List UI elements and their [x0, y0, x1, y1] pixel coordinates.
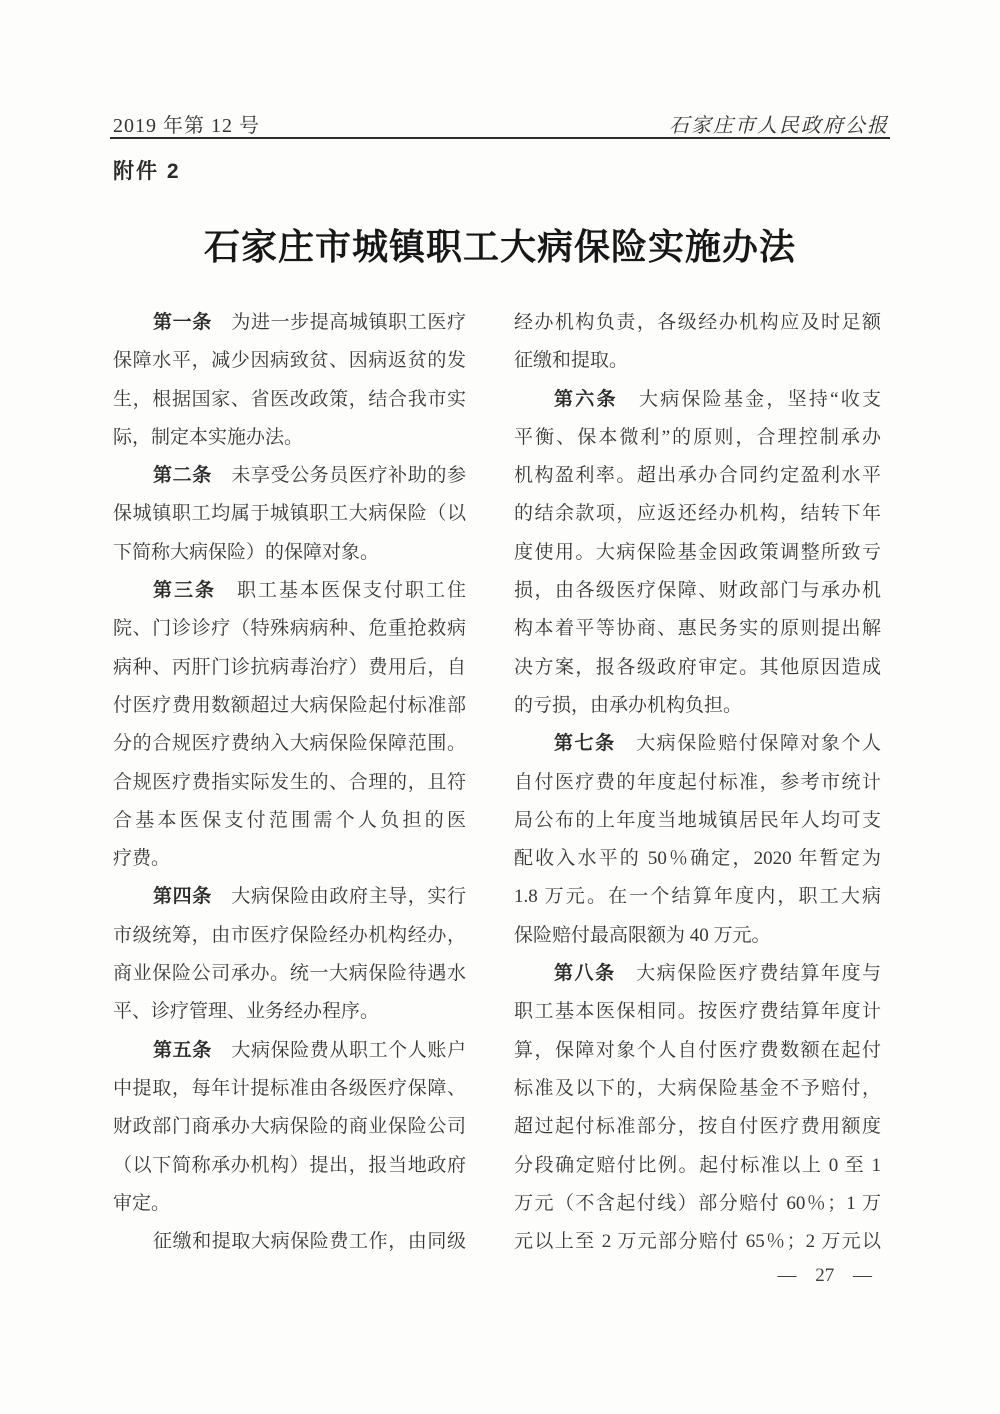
text-line: 第二条 未享受公务员医疗补助的参	[113, 457, 466, 495]
text-line: 合基本医保支付范围需个人负担的医	[113, 802, 466, 840]
text-line: 财政部门商承办大病保险的商业保险公司	[113, 1108, 466, 1146]
text-line: 商业保险公司承办。统一大病保险待遇水	[113, 955, 466, 993]
article-number: 第四条	[153, 886, 212, 907]
line-text: 合基本医保支付范围需个人负担的医	[113, 810, 466, 831]
page-header: 2019 年第 12 号 石家庄市人民政府公报	[113, 109, 889, 138]
line-text: 大病保险赔付保障对象个人	[616, 733, 881, 754]
text-line: 的亏损，由承办机构负担。	[514, 687, 881, 725]
line-text: 生，根据国家、省医改政策，结合我市实	[113, 389, 466, 410]
text-line: 第六条 大病保险基金，坚持“收支	[514, 381, 881, 419]
text-line: 分段确定赔付比例。起付标准以上 0 至 1	[514, 1147, 881, 1185]
text-line: 病种、丙肝门诊抗病毒治疗）费用后，自	[113, 649, 466, 687]
line-text: 财政部门商承办大病保险的商业保险公司	[113, 1116, 466, 1137]
text-line: 第三条 职工基本医保支付职工住	[113, 572, 466, 610]
text-line: 第五条 大病保险费从职工个人账户	[113, 1032, 466, 1070]
gazette-page: 2019 年第 12 号 石家庄市人民政府公报 附件 2 石家庄市城镇职工大病保…	[0, 0, 1000, 1414]
line-text: 大病保险由政府主导，实行	[212, 886, 466, 907]
text-line: 付医疗费用数额超过大病保险起付标准部	[113, 687, 466, 725]
article-number: 第一条	[153, 312, 212, 333]
text-line: 生，根据国家、省医改政策，结合我市实	[113, 381, 466, 419]
line-text: 职工基本医保相同。按医疗费结算年度计	[514, 1001, 881, 1022]
issue-number: 2019 年第 12 号	[113, 109, 260, 138]
header-divider	[110, 137, 890, 139]
text-line: 决方案，报各级政府审定。其他原因造成	[514, 649, 881, 687]
text-line: 自付医疗费的年度起付标准，参考市统计	[514, 764, 881, 802]
article-number: 第六条	[554, 389, 618, 410]
line-text: 经办机构负责，各级经办机构应及时足额	[514, 312, 881, 333]
text-line: 度使用。大病保险基金因政策调整所致亏	[514, 534, 881, 572]
text-line: 征缴和提取大病保险费工作，由同级	[113, 1223, 466, 1261]
line-text: 下简称大病保险）的保障对象。	[113, 542, 379, 563]
text-line: 职工基本医保相同。按医疗费结算年度计	[514, 993, 881, 1031]
line-text: 局公布的上年度当地城镇居民年人均可支	[514, 810, 881, 831]
text-line: 疗费。	[113, 840, 466, 878]
line-text: 平、诊疗管理、业务经办程序。	[113, 1001, 379, 1022]
text-line: （以下简称承办机构）提出，报当地政府	[113, 1147, 466, 1185]
text-line: 保险赔付最高限额为 40 万元。	[514, 917, 881, 955]
line-text: 院、门诊诊疗（特殊病病种、危重抢救病	[113, 618, 466, 639]
line-text: 分的合规医疗费纳入大病保险保障范围。	[113, 733, 466, 754]
page-number: — 27 —	[778, 1265, 873, 1287]
line-text: 际，制定本实施办法。	[113, 427, 303, 448]
text-line: 平、诊疗管理、业务经办程序。	[113, 993, 466, 1031]
article-number: 第八条	[554, 963, 616, 984]
text-line: 合规医疗费指实际发生的、合理的，且符	[113, 764, 466, 802]
line-text: 大病保险基金，坚持“收支	[618, 389, 881, 410]
line-text: 元以上至 2 万元部分赔付 65％；2 万元以	[514, 1231, 881, 1252]
text-line: 中提取，每年计提标准由各级医疗保障、	[113, 1070, 466, 1108]
text-line: 超过起付标准部分，按自付医疗费用额度	[514, 1108, 881, 1146]
line-text: 自付医疗费的年度起付标准，参考市统计	[514, 772, 881, 793]
text-line: 标准及以下的，大病保险基金不予赔付，	[514, 1070, 881, 1108]
line-text: 为进一步提高城镇职工医疗	[212, 312, 466, 333]
column-right: 经办机构负责，各级经办机构应及时足额征缴和提取。第六条 大病保险基金，坚持“收支…	[514, 304, 881, 1261]
article-number: 第五条	[153, 1040, 212, 1061]
text-line: 1.8 万元。在一个结算年度内，职工大病	[514, 878, 881, 916]
line-text: 保障水平，减少因病致贫、因病返贫的发	[113, 350, 466, 371]
line-text: 万元（不含起付线）部分赔付 60％；1 万	[514, 1193, 881, 1214]
line-text: 分段确定赔付比例。起付标准以上 0 至 1	[514, 1155, 881, 1176]
text-line: 经办机构负责，各级经办机构应及时足额	[514, 304, 881, 342]
text-line: 算，保障对象个人自付医疗费数额在起付	[514, 1032, 881, 1070]
column-left: 第一条 为进一步提高城镇职工医疗保障水平，减少因病致贫、因病返贫的发生，根据国家…	[113, 304, 466, 1261]
text-line: 第八条 大病保险医疗费结算年度与	[514, 955, 881, 993]
line-text: 职工基本医保支付职工住	[216, 580, 466, 601]
line-text: 的结余款项，应返还经办机构，结转下年	[514, 503, 881, 524]
line-text: 损，由各级医疗保障、财政部门与承办机	[514, 580, 881, 601]
article-number: 第二条	[153, 465, 212, 486]
line-text: 大病保险费从职工个人账户	[212, 1040, 466, 1061]
article-number: 第三条	[153, 580, 216, 601]
line-text: 决方案，报各级政府审定。其他原因造成	[514, 657, 881, 678]
article-number: 第七条	[554, 733, 616, 754]
line-text: 度使用。大病保险基金因政策调整所致亏	[514, 542, 881, 563]
line-text: 未享受公务员医疗补助的参	[212, 465, 466, 486]
line-text: 病种、丙肝门诊抗病毒治疗）费用后，自	[113, 657, 466, 678]
attachment-label: 附件 2	[113, 155, 181, 185]
line-text: 标准及以下的，大病保险基金不予赔付，	[514, 1078, 881, 1099]
text-line: 机构盈利率。超出承办合同约定盈利水平	[514, 457, 881, 495]
line-text: 配收入水平的 50％确定，2020 年暂定为	[514, 848, 881, 869]
text-line: 构本着平等协商、惠民务实的原则提出解	[514, 610, 881, 648]
line-text: 合规医疗费指实际发生的、合理的，且符	[113, 772, 466, 793]
text-line: 损，由各级医疗保障、财政部门与承办机	[514, 572, 881, 610]
text-line: 第七条 大病保险赔付保障对象个人	[514, 725, 881, 763]
line-text: 征缴和提取大病保险费工作，由同级	[153, 1231, 466, 1252]
text-line: 的结余款项，应返还经办机构，结转下年	[514, 495, 881, 533]
line-text: 商业保险公司承办。统一大病保险待遇水	[113, 963, 466, 984]
text-line: 配收入水平的 50％确定，2020 年暂定为	[514, 840, 881, 878]
text-line: 元以上至 2 万元部分赔付 65％；2 万元以	[514, 1223, 881, 1261]
line-text: 审定。	[113, 1193, 170, 1214]
line-text: 市级统筹，由市医疗保险经办机构经办，	[113, 925, 466, 946]
text-line: 分的合规医疗费纳入大病保险保障范围。	[113, 725, 466, 763]
line-text: 1.8 万元。在一个结算年度内，职工大病	[514, 886, 881, 907]
line-text: 中提取，每年计提标准由各级医疗保障、	[113, 1078, 466, 1099]
text-line: 局公布的上年度当地城镇居民年人均可支	[514, 802, 881, 840]
text-line: 平衡、保本微利”的原则，合理控制承办	[514, 419, 881, 457]
line-text: 的亏损，由承办机构负担。	[514, 695, 742, 716]
text-line: 院、门诊诊疗（特殊病病种、危重抢救病	[113, 610, 466, 648]
line-text: 征缴和提取。	[514, 350, 628, 371]
text-line: 保城镇职工均属于城镇职工大病保险（以	[113, 495, 466, 533]
line-text: 算，保障对象个人自付医疗费数额在起付	[514, 1040, 881, 1061]
text-line: 保障水平，减少因病致贫、因病返贫的发	[113, 342, 466, 380]
line-text: 平衡、保本微利”的原则，合理控制承办	[514, 427, 881, 448]
line-text: 构本着平等协商、惠民务实的原则提出解	[514, 618, 881, 639]
line-text: （以下简称承办机构）提出，报当地政府	[113, 1155, 466, 1176]
text-line: 第一条 为进一步提高城镇职工医疗	[113, 304, 466, 342]
document-title: 石家庄市城镇职工大病保险实施办法	[56, 219, 944, 270]
line-text: 保城镇职工均属于城镇职工大病保险（以	[113, 503, 466, 524]
line-text: 保险赔付最高限额为 40 万元。	[514, 925, 771, 946]
gazette-title: 石家庄市人民政府公报	[669, 109, 889, 138]
text-line: 下简称大病保险）的保障对象。	[113, 534, 466, 572]
text-line: 市级统筹，由市医疗保险经办机构经办，	[113, 917, 466, 955]
line-text: 超过起付标准部分，按自付医疗费用额度	[514, 1116, 881, 1137]
line-text: 大病保险医疗费结算年度与	[616, 963, 881, 984]
line-text: 疗费。	[113, 848, 170, 869]
line-text: 付医疗费用数额超过大病保险起付标准部	[113, 695, 466, 716]
text-line: 万元（不含起付线）部分赔付 60％；1 万	[514, 1185, 881, 1223]
text-line: 第四条 大病保险由政府主导，实行	[113, 878, 466, 916]
text-line: 征缴和提取。	[514, 342, 881, 380]
text-line: 际，制定本实施办法。	[113, 419, 466, 457]
line-text: 机构盈利率。超出承办合同约定盈利水平	[514, 465, 881, 486]
text-line: 审定。	[113, 1185, 466, 1223]
